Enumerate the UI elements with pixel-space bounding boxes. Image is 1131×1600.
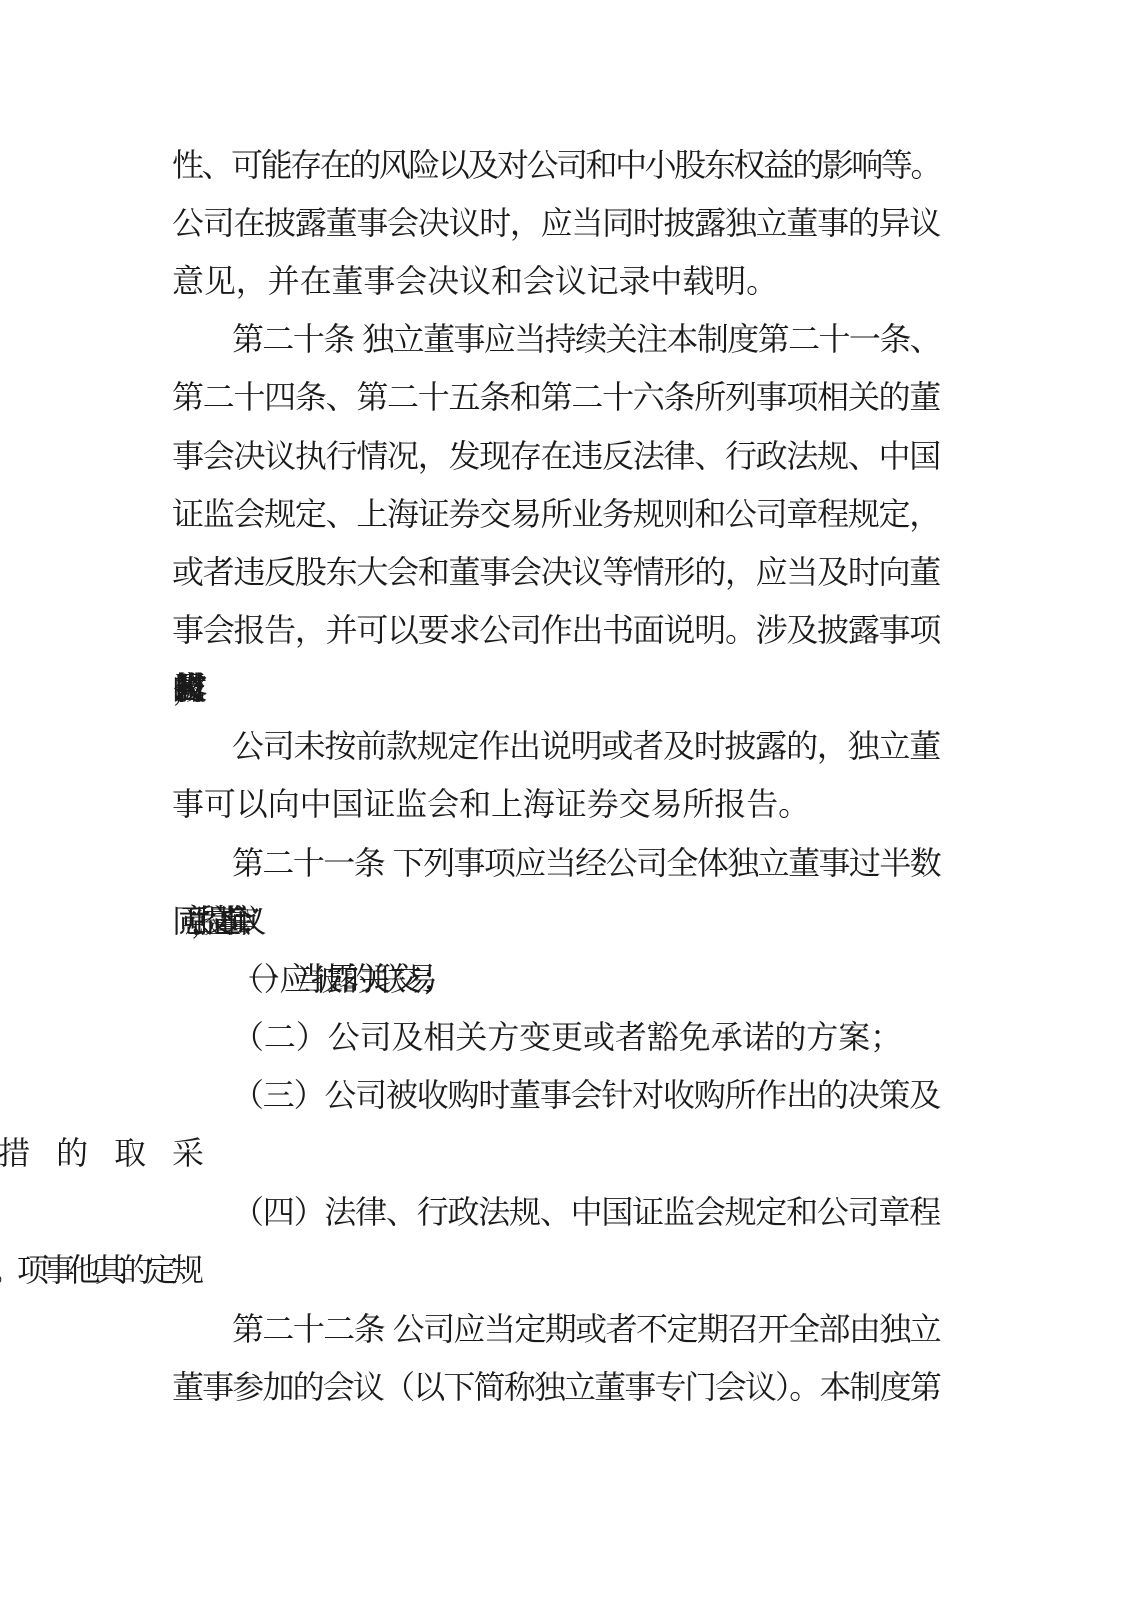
list-item-4: （四）法律、行政法规、中国证监会规定和公司章程 [232,1192,942,1232]
text-line: 或者违反股东大会和董事会决议等情形的，应当及时向董 [172,552,942,592]
text-line: 规定的其他事项。 [172,1250,942,1290]
text-line: 证监会规定、上海证券交易所业务规则和公司章程规定， [172,494,942,534]
list-item-1: （一）应当披露的关联交易； [232,959,942,999]
article-22-heading-line: 第二十二条 公司应当定期或者不定期召开全部由独立 [232,1309,942,1349]
text-line: 第二十四条、第二十五条和第二十六条所列事项相关的董 [172,377,942,417]
paragraph-start-line: 公司未按前款规定作出说明或者及时披露的，独立董 [232,726,942,766]
text-line: 事会报告，并可以要求公司作出书面说明。涉及披露事项 [172,610,942,650]
article-21-heading-line: 第二十一条 下列事项应当经公司全体独立董事过半数 [232,843,942,883]
article-20-heading-line: 第二十条 独立董事应当持续关注本制度第二十一条、 [232,319,942,359]
text-line: 事可以向中国证监会和上海证券交易所报告。 [172,784,942,824]
text-line: 公司在披露董事会决议时，应当同时披露独立董事的异议 [172,203,942,243]
text-line: 的，公司应当及时披露。 [172,668,942,708]
list-item-3: （三）公司被收购时董事会针对收购所作出的决策及 [232,1075,942,1115]
list-item-2: （二）公司及相关方变更或者豁免承诺的方案； [232,1017,942,1057]
text-line: 意见，并在董事会决议和会议记录中载明。 [172,261,942,301]
text-line: 事会决议执行情况，发现存在违反法律、行政法规、中国 [172,436,942,476]
text-line: 性、可能存在的风险以及对公司和中小股东权益的影响等。 [172,145,942,185]
document-page: 性、可能存在的风险以及对公司和中小股东权益的影响等。 公司在披露董事会决议时，应… [0,0,1131,1600]
text-line: 采取的措施； [172,1133,942,1173]
text-line: 同意后，提交董事会审议： [172,901,942,941]
text-line: 董事参加的会议（以下简称独立董事专门会议）。本制度第 [172,1367,942,1407]
